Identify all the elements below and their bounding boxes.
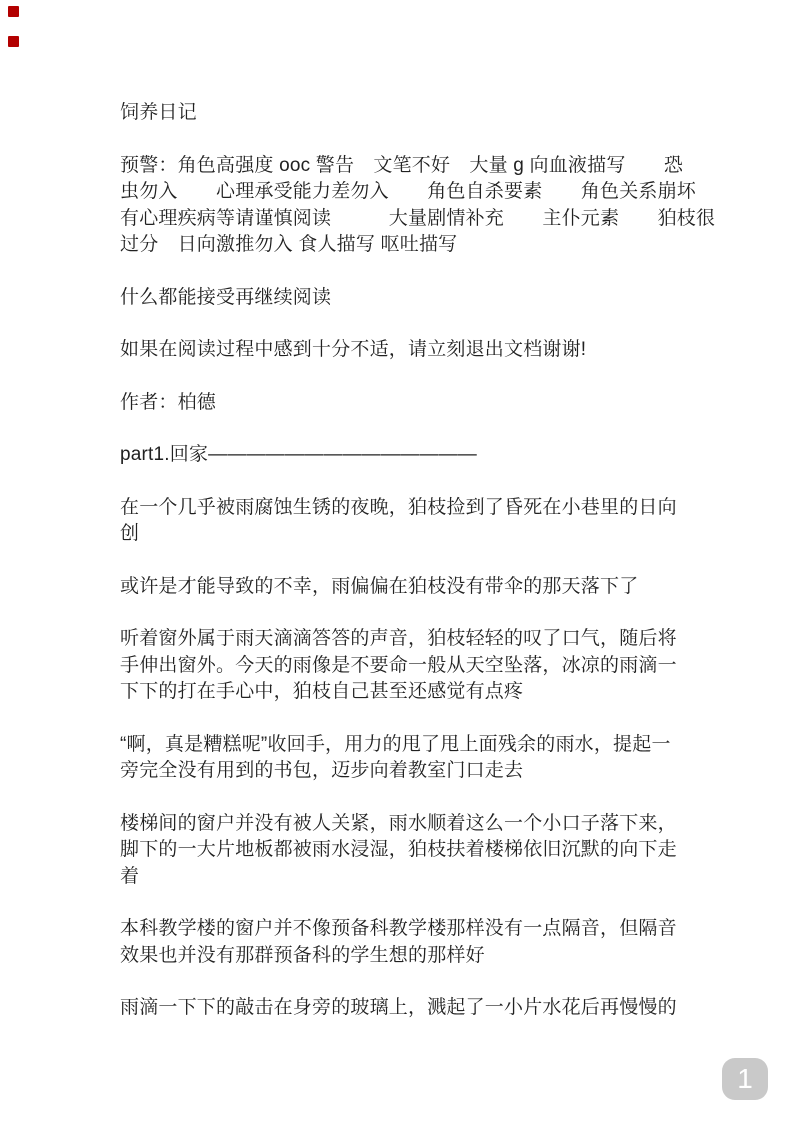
text-line: 在一个几乎被雨腐蚀生锈的夜晚，狛枝捡到了昏死在小巷里的日向 bbox=[120, 495, 686, 522]
document-title: 饲养日记 bbox=[120, 100, 686, 127]
text-line: 着 bbox=[120, 864, 686, 891]
page-number-badge[interactable]: 1 bbox=[722, 1058, 768, 1100]
paragraph: 楼梯间的窗户并没有被人关紧，雨水顺着这么一个小口子落下来，脚下的一大片地板都被雨… bbox=[120, 811, 686, 891]
document-body: 饲养日记 预警：角色高强度 ooc 警告 文笔不好 大量 g 向血液描写 恐虫勿… bbox=[120, 100, 686, 1048]
page-number: 1 bbox=[737, 1065, 753, 1093]
paragraph: 如果在阅读过程中感到十分不适，请立刻退出文档谢谢! bbox=[120, 337, 686, 364]
paragraph: 预警：角色高强度 ooc 警告 文笔不好 大量 g 向血液描写 恐虫勿入 心理承… bbox=[120, 153, 686, 259]
text-line: 手伸出窗外。今天的雨像是不要命一般从天空坠落，冰凉的雨滴一 bbox=[120, 653, 686, 680]
text-line: 旁完全没有用到的书包，迈步向着教室门口走去 bbox=[120, 758, 686, 785]
paragraph: 听着窗外属于雨天滴滴答答的声音，狛枝轻轻的叹了口气，随后将手伸出窗外。今天的雨像… bbox=[120, 626, 686, 706]
text-line: “啊，真是糟糕呢”收回手，用力的甩了甩上面残余的雨水，提起一 bbox=[120, 732, 686, 759]
text-line: 有心理疾病等请谨慎阅读 大量剧情补充 主仆元素 狛枝很 bbox=[120, 206, 686, 233]
text-line: 听着窗外属于雨天滴滴答答的声音，狛枝轻轻的叹了口气，随后将 bbox=[120, 626, 686, 653]
text-line: 虫勿入 心理承受能力差勿入 角色自杀要素 角色关系崩坏 bbox=[120, 179, 686, 206]
paragraph: 作者：柏德 bbox=[120, 390, 686, 417]
text-line: 脚下的一大片地板都被雨水浸湿，狛枝扶着楼梯依旧沉默的向下走 bbox=[120, 837, 686, 864]
text-line: 或许是才能导致的不幸，雨偏偏在狛枝没有带伞的那天落下了 bbox=[120, 574, 686, 601]
paragraph: 本科教学楼的窗户并不像预备科教学楼那样没有一点隔音，但隔音效果也并没有那群预备科… bbox=[120, 916, 686, 969]
text-line: 如果在阅读过程中感到十分不适，请立刻退出文档谢谢! bbox=[120, 337, 686, 364]
text-line: 预警：角色高强度 ooc 警告 文笔不好 大量 g 向血液描写 恐 bbox=[120, 153, 686, 180]
text-line: 创 bbox=[120, 521, 686, 548]
text-line: 雨滴一下下的敲击在身旁的玻璃上，溅起了一小片水花后再慢慢的 bbox=[120, 995, 686, 1022]
text-line: 作者：柏德 bbox=[120, 390, 686, 417]
paragraph: 在一个几乎被雨腐蚀生锈的夜晚，狛枝捡到了昏死在小巷里的日向创 bbox=[120, 495, 686, 548]
document-page: 饲养日记 预警：角色高强度 ooc 警告 文笔不好 大量 g 向血液描写 恐虫勿… bbox=[0, 0, 800, 1133]
paragraph: 雨滴一下下的敲击在身旁的玻璃上，溅起了一小片水花后再慢慢的 bbox=[120, 995, 686, 1022]
text-line: 过分 日向激推勿入 食人描写 呕吐描写 bbox=[120, 232, 686, 259]
text-line: part1.回家—————————————— bbox=[120, 442, 686, 469]
text-line: 楼梯间的窗户并没有被人关紧，雨水顺着这么一个小口子落下来， bbox=[120, 811, 686, 838]
red-marker-icon bbox=[8, 6, 19, 17]
text-line: 本科教学楼的窗户并不像预备科教学楼那样没有一点隔音，但隔音 bbox=[120, 916, 686, 943]
paragraph: “啊，真是糟糕呢”收回手，用力的甩了甩上面残余的雨水，提起一旁完全没有用到的书包… bbox=[120, 732, 686, 785]
paragraph: part1.回家—————————————— bbox=[120, 442, 686, 469]
text-line: 效果也并没有那群预备科的学生想的那样好 bbox=[120, 943, 686, 970]
paragraph: 或许是才能导致的不幸，雨偏偏在狛枝没有带伞的那天落下了 bbox=[120, 574, 686, 601]
text-line: 下下的打在手心中，狛枝自己甚至还感觉有点疼 bbox=[120, 679, 686, 706]
paragraph: 什么都能接受再继续阅读 bbox=[120, 285, 686, 312]
red-marker-icon bbox=[8, 36, 19, 47]
text-line: 什么都能接受再继续阅读 bbox=[120, 285, 686, 312]
paragraph-list: 预警：角色高强度 ooc 警告 文笔不好 大量 g 向血液描写 恐虫勿入 心理承… bbox=[120, 153, 686, 1022]
